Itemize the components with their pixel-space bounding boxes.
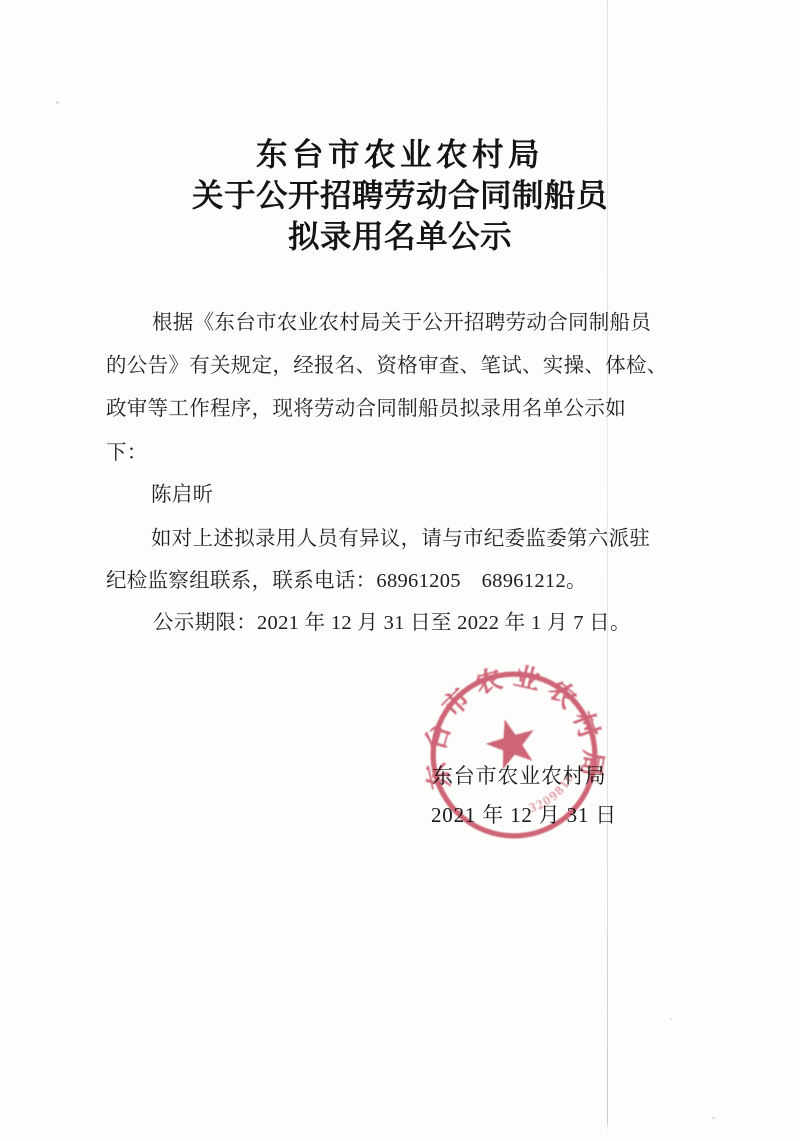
title-line-2: 关于公开招聘劳动合同制船员	[0, 175, 800, 216]
body-line: 政审等工作程序，现将劳动合同制船员拟录用名单公示如	[106, 394, 626, 424]
document-title: 东台市农业农村局 关于公开招聘劳动合同制船员 拟录用名单公示	[0, 134, 800, 257]
title-line-3: 拟录用名单公示	[0, 216, 800, 257]
body-line: 的公告》有关规定，经报名、资格审查、笔试、实操、体检、	[106, 351, 668, 381]
seal-star-icon	[483, 717, 537, 771]
body-line: 下：	[106, 438, 148, 468]
scan-speck	[712, 1117, 715, 1119]
scan-speck	[56, 101, 59, 104]
body-line-contact: 纪检监察组联系，联系电话：68961205 68961212。	[106, 566, 587, 596]
title-line-1: 东台市农业农村局	[0, 134, 800, 175]
body-line-publicity-period: 公示期限：2021 年 12 月 31 日至 2022 年 1 月 7 日。	[153, 608, 631, 638]
body-line: 如对上述拟录用人员有异议，请与市纪委监委第六派驻	[151, 524, 650, 554]
body-line-candidate-name: 陈启昕	[151, 480, 213, 510]
official-seal: 东台市农业农村局 3209810917803	[399, 640, 630, 871]
body-line: 根据《东台市农业农村局关于公开招聘劳动合同制船员	[152, 308, 651, 338]
scanned-document-page: 东台市农业农村局 关于公开招聘劳动合同制船员 拟录用名单公示 根据《东台市农业农…	[0, 0, 800, 1141]
scan-speck	[670, 1018, 672, 1020]
